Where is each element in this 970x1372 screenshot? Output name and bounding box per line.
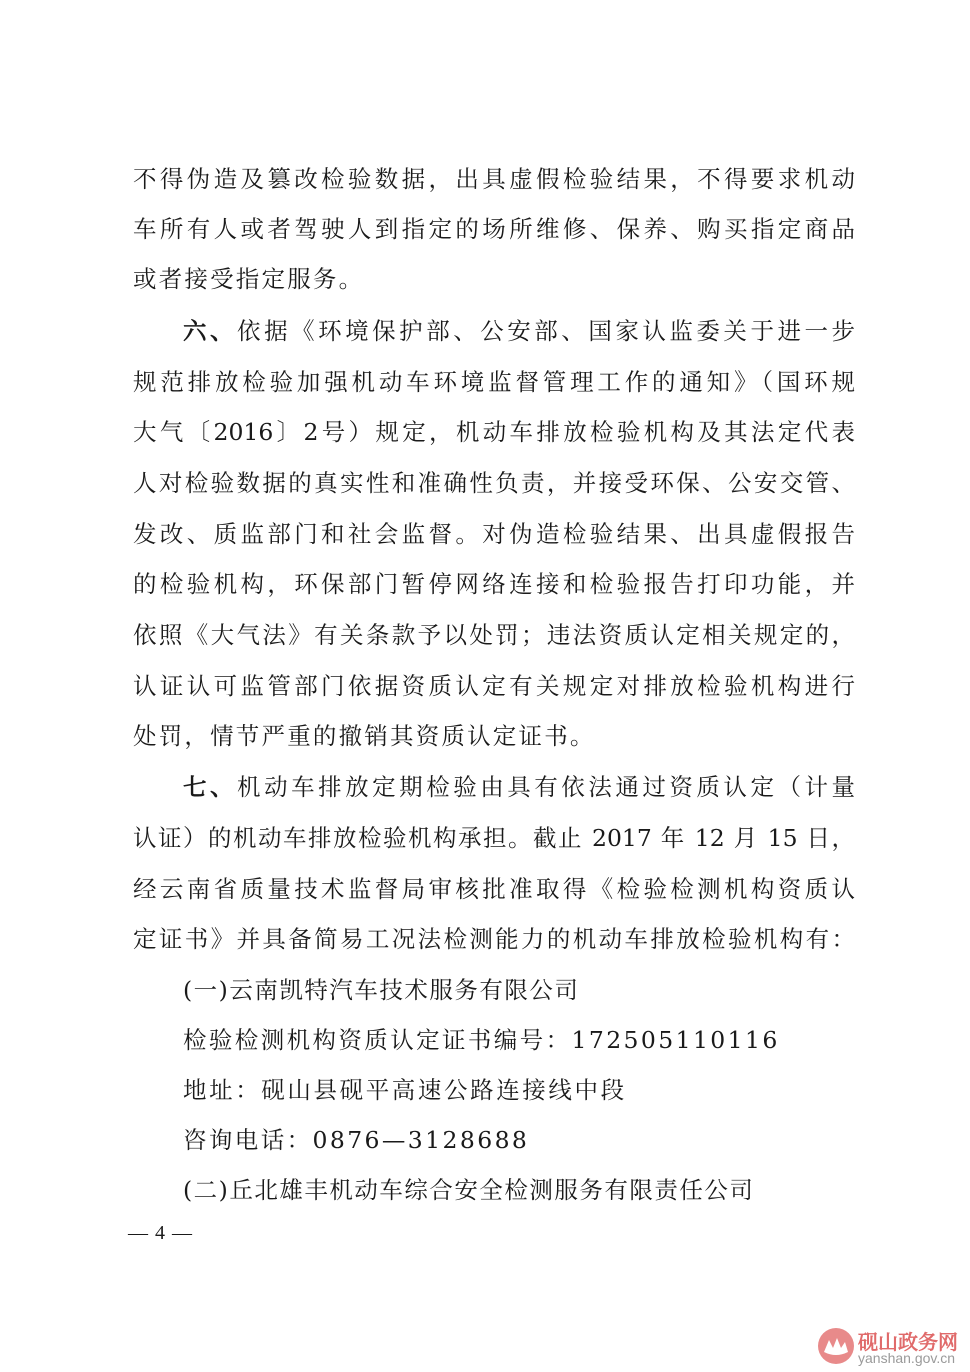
section-six-number: 六、 (183, 317, 237, 345)
page-number: — 4 — (128, 1222, 193, 1245)
body-line-14: 认证）的机动车排放检验机构承担。截止 2017 年 12 月 15 日， (133, 813, 855, 863)
institution-1-address: 地址：砚山县砚平高速公路连接线中段 (183, 1065, 855, 1115)
body-line-5: 规范排放检验加强机动车环境监督管理工作的通知》（国环规 (133, 357, 855, 407)
section-seven-line-1: 七、机动车排放定期检验由具有依法通过资质认定（计量 (183, 762, 855, 812)
section-seven-number: 七、 (183, 773, 237, 801)
body-line-11: 认证认可监管部门依据资质认定有关规定对排放检验机构进行 (133, 661, 855, 711)
watermark-url: yanshan.gov.cn (858, 1350, 955, 1366)
body-line-9: 的检验机构，环保部门暂停网络连接和检验报告打印功能，并 (133, 559, 855, 609)
body-line-12: 处罚，情节严重的撤销其资质认定证书。 (133, 711, 855, 761)
body-line-8: 发改、质监部门和社会监督。对伪造检验结果、出具虚假报告 (133, 509, 855, 559)
body-line-7: 人对检验数据的真实性和准确性负责，并接受环保、公安交管、 (133, 458, 855, 508)
institution-1-phone: 咨询电话：0876—3128688 (183, 1115, 855, 1165)
watermark: 砚山政务网 yanshan.gov.cn (818, 1322, 968, 1372)
section-seven-text: 机动车排放定期检验由具有依法通过资质认定（计量 (237, 773, 855, 801)
section-six-line-1: 六、依据《环境保护部、公安部、国家认监委关于进一步 (183, 306, 855, 356)
document-page: 不得伪造及篡改检验数据，出具虚假检验结果，不得要求机动 车所有人或者驾驶人到指定… (0, 0, 970, 1372)
body-line-15: 经云南省质量技术监督局审核批准取得《检验检测机构资质认 (133, 864, 855, 914)
body-line-10: 依照《大气法》有关条款予以处罚；违法资质认定相关规定的， (133, 610, 855, 660)
institution-1-cert: 检验检测机构资质认定证书编号：172505110116 (183, 1015, 855, 1065)
institution-1-name: (一)云南凯特汽车技术服务有限公司 (183, 965, 855, 1015)
section-six-text: 依据《环境保护部、公安部、国家认监委关于进一步 (237, 317, 855, 345)
body-line-1: 不得伪造及篡改检验数据，出具虚假检验结果，不得要求机动 (133, 154, 855, 204)
body-line-3: 或者接受指定服务。 (133, 254, 855, 304)
body-line-6: 大气〔2016〕2号）规定，机动车排放检验机构及其法定代表 (133, 407, 855, 457)
body-line-2: 车所有人或者驾驶人到指定的场所维修、保养、购买指定商品 (133, 204, 855, 254)
watermark-logo-icon (818, 1328, 854, 1364)
body-line-16: 定证书》并具备简易工况法检测能力的机动车排放检验机构有： (133, 914, 855, 964)
institution-2-name: (二)丘北雄丰机动车综合安全检测服务有限责任公司 (183, 1165, 855, 1215)
